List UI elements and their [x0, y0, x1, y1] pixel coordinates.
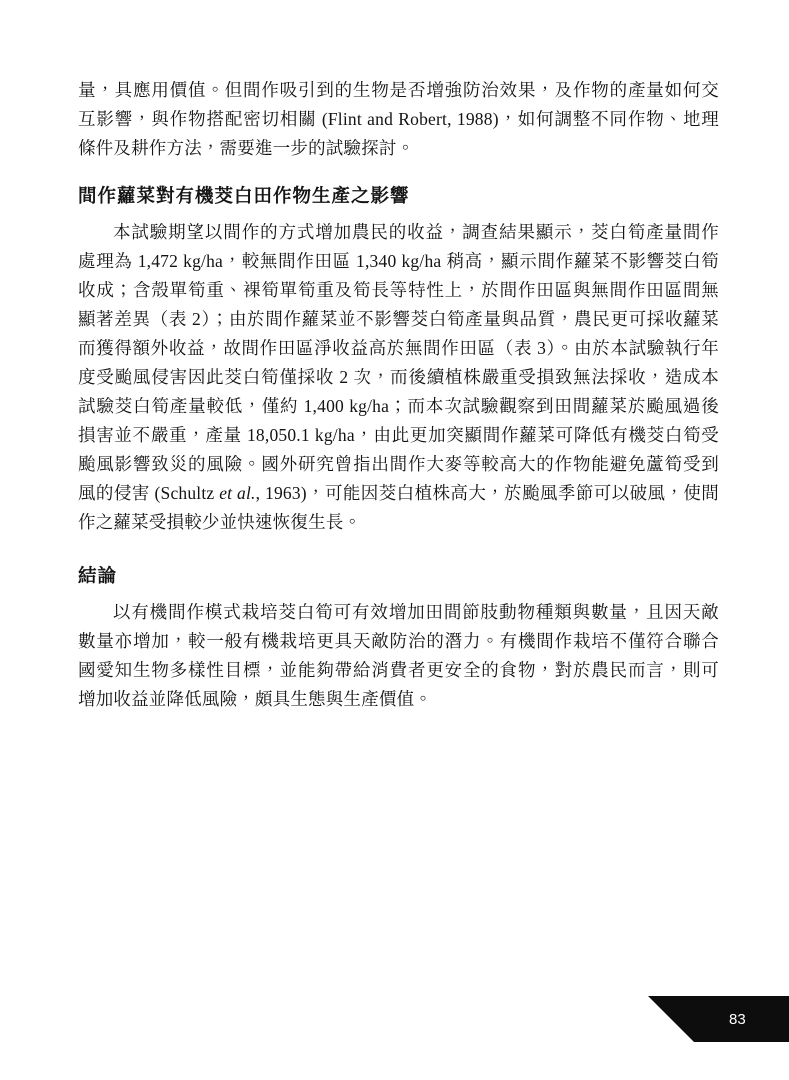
intercrop-section-heading: 間作蘿菜對有機茭白田作物生產之影響 — [78, 185, 719, 209]
paragraph-line: 以有機間作模式栽培茭白筍可有效增加田間節肢動物種類與數量，且因天敵 — [78, 598, 719, 627]
paragraph-line: 而獲得額外收益，故間作田區淨收益高於無間作田區（表 3）。由於本試驗執行年 — [78, 334, 719, 363]
paragraph-line: 互影響，與作物搭配密切相關 (Flint and Robert, 1988)，如… — [78, 105, 719, 134]
intro-paragraph: 量，具應用價值。但間作吸引到的生物是否增強防治效果，及作物的產量如何交互影響，與… — [78, 76, 719, 163]
paragraph-line: 處理為 1,472 kg/ha，較無間作田區 1,340 kg/ha 稍高，顯示… — [78, 247, 719, 276]
paragraph-line: 作之蘿菜受損較少並快速恢復生長。 — [78, 508, 719, 537]
page-number: 83 — [648, 1011, 746, 1028]
spacer — [78, 537, 719, 565]
paragraph-line: 條件及耕作方法，需要進一步的試驗探討。 — [78, 134, 719, 163]
spacer — [78, 209, 719, 218]
text-block: 量，具應用價值。但間作吸引到的生物是否增強防治效果，及作物的產量如何交互影響，與… — [78, 76, 719, 714]
page-number-banner: 83 — [648, 996, 789, 1042]
paragraph-line: 收成；含殼單筍重、裸筍單筍重及筍長等特性上，於間作田區與無間作田區間無 — [78, 276, 719, 305]
paragraph-line: 國愛知生物多樣性目標，並能夠帶給消費者更安全的食物，對於農民而言，則可 — [78, 656, 719, 685]
paragraph-line: 試驗茭白筍產量較低，僅約 1,400 kg/ha；而本次試驗觀察到田間蘿菜於颱風… — [78, 392, 719, 421]
paragraph-line: 風的侵害 (Schultz et al., 1963)，可能因茭白植株高大，於颱… — [78, 479, 719, 508]
section-conclusion: 結論 以有機間作模式栽培茭白筍可有效增加田間節肢動物種類與數量，且因天敵數量亦增… — [78, 537, 719, 714]
conclusion-section-heading: 結論 — [78, 565, 719, 589]
spacer — [78, 589, 719, 598]
paragraph-line: 度受颱風侵害因此茭白筍僅採收 2 次，而後續植株嚴重受損致無法採收，造成本 — [78, 363, 719, 392]
paragraph-line: 增加收益並降低風險，頗具生態與生產價值。 — [78, 685, 719, 714]
paragraph-line: 損害並不嚴重，產量 18,050.1 kg/ha，由此更加突顯間作蘿菜可降低有機… — [78, 421, 719, 450]
paragraph-line: 顯著差異（表 2）；由於間作蘿菜並不影響茭白筍產量與品質，農民更可採收蘿菜 — [78, 305, 719, 334]
paragraph-line: 颱風影響致災的風險。國外研究曾指出間作大麥等較高大的作物能避免蘆筍受到 — [78, 450, 719, 479]
conclusion-paragraph: 以有機間作模式栽培茭白筍可有效增加田間節肢動物種類與數量，且因天敵數量亦增加，較… — [78, 598, 719, 714]
paragraph-line: 數量亦增加，較一般有機栽培更具天敵防治的潛力。有機間作栽培不僅符合聯合 — [78, 627, 719, 656]
document-page: 量，具應用價值。但間作吸引到的生物是否增強防治效果，及作物的產量如何交互影響，與… — [0, 0, 789, 1080]
section-intercrop-effects: 間作蘿菜對有機茭白田作物生產之影響 本試驗期望以間作的方式增加農民的收益，調查結… — [78, 163, 719, 537]
intercrop-paragraph: 本試驗期望以間作的方式增加農民的收益，調查結果顯示，茭白筍產量間作處理為 1,4… — [78, 218, 719, 537]
paragraph-line: 本試驗期望以間作的方式增加農民的收益，調查結果顯示，茭白筍產量間作 — [78, 218, 719, 247]
intro-continuation-section: 量，具應用價值。但間作吸引到的生物是否增強防治效果，及作物的產量如何交互影響，與… — [78, 76, 719, 163]
spacer — [78, 163, 719, 185]
paragraph-line: 量，具應用價值。但間作吸引到的生物是否增強防治效果，及作物的產量如何交 — [78, 76, 719, 105]
